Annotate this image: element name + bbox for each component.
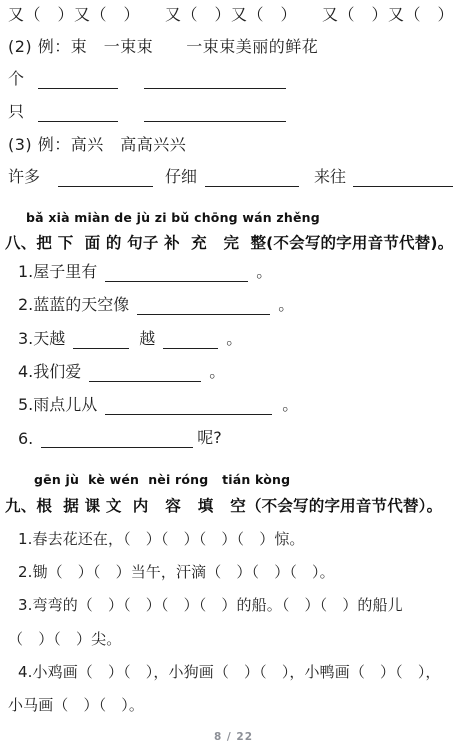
section9-title: 九、根 据 课 文 内 容 填 空（不会写的字用音节代替）。 (5, 494, 442, 516)
reduplication-row: 许多 仔细 来往 (8, 162, 453, 187)
answer-blank (89, 361, 201, 382)
answer-blank (38, 68, 118, 89)
answer-blank (38, 101, 118, 122)
s9-item-3: 3.弯弯的（ ）（ ）（ ）（ ）的船。（ ）（ ）的船儿 (18, 594, 403, 616)
measure-row-zhi: 只 (8, 97, 286, 122)
answer-blank (105, 261, 248, 282)
item-suffix: 。 (226, 326, 242, 349)
answer-blank (105, 394, 272, 415)
item-label: 4.我们爱 (18, 359, 81, 382)
item-label: 6. (18, 429, 33, 448)
section8-pinyin: bǎ xià miàn de jù zi bǔ chōng wán zhěng (26, 210, 320, 225)
item-suffix: 。 (278, 292, 294, 315)
measure-word-ge: 个 (8, 66, 24, 89)
item-suffix: 呢? (197, 425, 222, 448)
item-suffix: 。 (282, 392, 298, 415)
word-laiwang: 来往 (314, 164, 346, 187)
answer-blank (41, 427, 193, 448)
s9-item-3-continued: （ ）（ ）尖。 (8, 628, 121, 650)
answer-blank (58, 166, 153, 187)
answer-blank (205, 166, 299, 187)
example2-line: (2) 例：束 一束束 一束束美丽的鲜花 (8, 36, 318, 58)
answer-blank (353, 166, 453, 187)
s8-item-4: 4.我们爱 。 (18, 358, 225, 382)
measure-word-zhi: 只 (8, 99, 24, 122)
s9-item-2: 2.锄（ ）（ ）当午，汗滴（ ）（ ）（ ）。 (18, 561, 335, 583)
item-suffix: 。 (256, 259, 272, 282)
worksheet-page: 又（ ）又（ ） 又（ ）又（ ） 又（ ）又（ ） (2) 例：束 一束束 一… (0, 0, 467, 756)
s9-item-4: 4.小鸡画（ ）（ ），小狗画（ ）（ ），小鸭画（ ）（ ）， (18, 661, 441, 683)
item-label: 2.蓝蓝的天空像 (18, 292, 129, 315)
s8-item-1: 1.屋子里有 。 (18, 258, 272, 282)
s8-item-3: 3.天越 越 。 (18, 325, 242, 349)
word-xuduo: 许多 (8, 164, 40, 187)
answer-blank (73, 328, 129, 349)
section9-pinyin: gēn jù kè wén nèi róng tián kòng (34, 472, 290, 487)
answer-blank (144, 68, 286, 89)
item-mid: 越 (139, 326, 155, 349)
example3-line: (3) 例：高兴 高高兴兴 (8, 134, 186, 156)
s8-item-5: 5.雨点儿从 。 (18, 391, 298, 415)
item-label: 1.屋子里有 (18, 259, 97, 282)
s8-item-6: 6. 呢? (18, 424, 222, 448)
s8-item-2: 2.蓝蓝的天空像 。 (18, 291, 294, 315)
answer-blank (144, 101, 286, 122)
answer-blank (163, 328, 218, 349)
word-zixi: 仔细 (165, 164, 197, 187)
s9-item-4-continued: 小马画（ ）（ ）。 (8, 694, 144, 716)
item-label: 3.天越 (18, 326, 65, 349)
measure-row-ge: 个 (8, 64, 286, 89)
you-pattern-line: 又（ ）又（ ） 又（ ）又（ ） 又（ ）又（ ） (8, 4, 454, 26)
item-suffix: 。 (209, 359, 225, 382)
answer-blank (137, 294, 270, 315)
item-label: 5.雨点儿从 (18, 392, 97, 415)
page-number: 8 / 22 (0, 731, 467, 743)
s9-item-1: 1.春去花还在，（ ）（ ）（ ）（ ）惊。 (18, 528, 305, 550)
section8-title: 八、把 下 面 的 句子 补 充 完 整(不会写的字用音节代替)。 (5, 231, 453, 253)
